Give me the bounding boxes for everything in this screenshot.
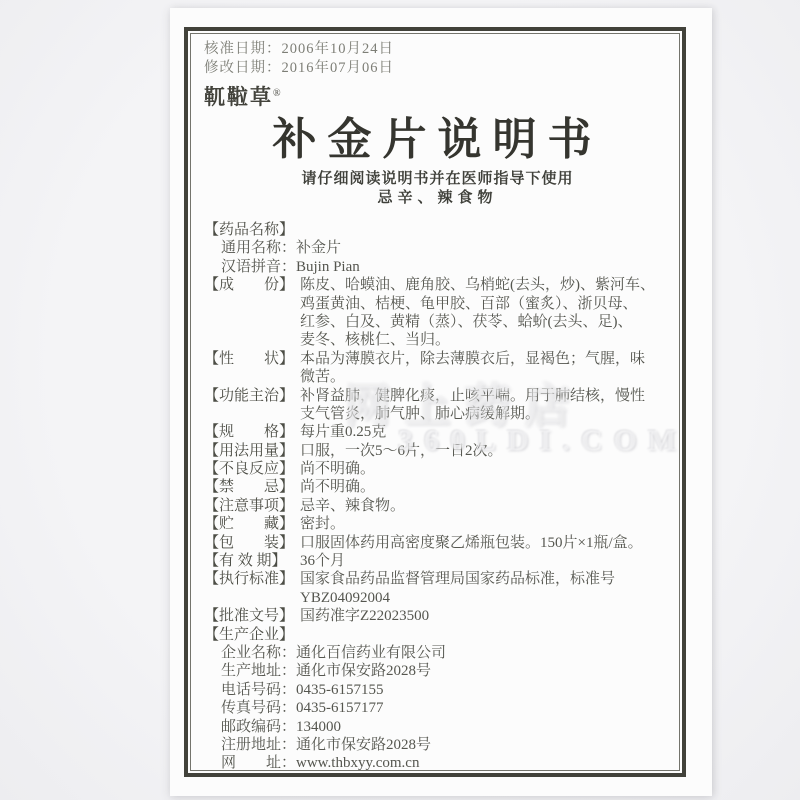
spec-label: 【规 格】: [204, 423, 300, 441]
spec-text: 密封。: [300, 516, 345, 532]
border-frame-inner-line: 核准日期：2006年10月24日 修改日期：2016年07月06日 靰鞡草® 补…: [190, 33, 680, 771]
brand-text: 靰鞡草: [204, 85, 273, 109]
date-block: 核准日期：2006年10月24日 修改日期：2016年07月06日: [204, 40, 671, 78]
spec-text: 企业名称：通化百信药业有限公司: [221, 645, 446, 661]
spec-label: 【贮 藏】: [204, 515, 300, 533]
spec-row-contraindications: 【禁 忌】尚不明确。: [204, 478, 671, 496]
spec-row-standard: 【执行标准】国家食品药品监督管理局国家药品标准，标准号: [204, 570, 671, 588]
spec-row-manufacturer: 【生产企业】: [204, 626, 671, 644]
spec-row-dosage: 【用法用量】口服，一次5～6片，一日2次。: [204, 442, 671, 460]
spec-text: 注册地址：通化市保安路2028号: [221, 737, 431, 753]
registered-trademark-mark: ®: [273, 88, 283, 99]
approval-date: 核准日期：2006年10月24日: [204, 40, 671, 59]
spec-row-phone: 电话号码：0435-6157155: [204, 681, 671, 699]
spec-label: 【执行标准】: [204, 570, 300, 588]
spec-row-ingredients: 【成 份】陈皮、哈蟆油、鹿角胶、乌梢蛇(去头，炒)、紫河车、: [204, 276, 671, 294]
spec-row-precautions: 【注意事项】忌辛、辣食物。: [204, 497, 671, 515]
spec-text: 微苦。: [300, 369, 345, 385]
spec-row-ingredients-cont: 鸡蛋黄油、桔梗、龟甲胶、百部（蜜炙）、浙贝母、: [204, 295, 671, 313]
spec-row-adverse-reactions: 【不良反应】尚不明确。: [204, 460, 671, 478]
spec-label: 【有 效 期】: [204, 552, 300, 570]
diet-warning: 忌辛、辣食物: [204, 189, 671, 207]
spec-text: 生产地址：通化市保安路2028号: [221, 663, 431, 679]
spec-text: 陈皮、哈蟆油、鹿角胶、乌梢蛇(去头，炒)、紫河车、: [300, 277, 655, 293]
spec-text: 国家食品药品监督管理局国家药品标准，标准号: [300, 571, 615, 587]
spec-text: 传真号码：0435-6157177: [221, 700, 384, 716]
spec-row-functions: 【功能主治】补肾益肺，健脾化痰，止咳平喘。用于肺结核，慢性: [204, 387, 671, 405]
spec-row-strength: 【规 格】每片重0.25克: [204, 423, 671, 441]
spec-row-approval-number: 【批准文号】国药准字Z22023500: [204, 607, 671, 625]
spec-text: 尚不明确。: [300, 461, 375, 477]
spec-label: 【生产企业】: [204, 626, 300, 644]
spec-text: 支气管炎，肺气肿、肺心病缓解期。: [300, 406, 540, 422]
spec-row-standard-cont: YBZ04092004: [204, 589, 671, 607]
spec-text: 通用名称：补金片: [221, 240, 341, 256]
border-frame: 核准日期：2006年10月24日 修改日期：2016年07月06日 靰鞡草® 补…: [184, 27, 686, 777]
spec-row-fax: 传真号码：0435-6157177: [204, 699, 671, 717]
spec-text: YBZ04092004: [300, 590, 390, 606]
revision-date: 修改日期：2016年07月06日: [204, 59, 671, 78]
spec-row-storage: 【贮 藏】密封。: [204, 515, 671, 533]
spec-text: 国药准字Z22023500: [300, 608, 429, 624]
spec-row-company-name: 企业名称：通化百信药业有限公司: [204, 644, 671, 662]
spec-row-description-cont: 微苦。: [204, 368, 671, 386]
spec-label: 【成 份】: [204, 276, 300, 294]
read-instruction-warning: 请仔细阅读说明书并在医师指导下使用: [204, 169, 671, 189]
brand-name: 靰鞡草®: [204, 81, 671, 110]
spec-text: 36个月: [300, 553, 345, 569]
spec-text: 尚不明确。: [300, 479, 375, 495]
spec-label: 【包 装】: [204, 534, 300, 552]
spec-label: 【批准文号】: [204, 607, 300, 625]
spec-label: 【性 状】: [204, 350, 300, 368]
spec-row-website: 网 址：www.thbxyy.com.cn: [204, 754, 671, 772]
spec-text: 补肾益肺，健脾化痰，止咳平喘。用于肺结核，慢性: [300, 388, 645, 404]
spec-label: 【用法用量】: [204, 442, 300, 460]
spec-row-ingredients-cont: 红参、白及、黄精（蒸）、茯苓、蛤蚧(去头、足)、: [204, 313, 671, 331]
document-title: 补金片说明书: [204, 115, 671, 165]
spec-label: 【药品名称】: [204, 221, 300, 239]
spec-row-generic-name: 通用名称：补金片: [204, 239, 671, 257]
spec-text: 网 址：www.thbxyy.com.cn: [221, 755, 419, 771]
spec-text: 每片重0.25克: [300, 424, 386, 440]
spec-text: 汉语拼音：Bujin Pian: [221, 259, 360, 275]
spec-row-production-address: 生产地址：通化市保安路2028号: [204, 662, 671, 680]
spec-row-ingredients-cont: 麦冬、核桃仁、当归。: [204, 331, 671, 349]
spec-text: 忌辛、辣食物。: [300, 498, 405, 514]
spec-row-description: 【性 状】本品为薄膜衣片，除去薄膜衣后，显褐色；气腥，味: [204, 350, 671, 368]
spec-label: 【禁 忌】: [204, 478, 300, 496]
spec-row-pinyin: 汉语拼音：Bujin Pian: [204, 258, 671, 276]
spec-text: 口服，一次5～6片，一日2次。: [300, 443, 503, 459]
spec-label: 【注意事项】: [204, 497, 300, 515]
spec-text: 红参、白及、黄精（蒸）、茯苓、蛤蚧(去头、足)、: [300, 314, 633, 330]
spec-row-packaging: 【包 装】口服固体药用高密度聚乙烯瓶包装。150片×1瓶/盒。: [204, 534, 671, 552]
spec-row-registered-address: 注册地址：通化市保安路2028号: [204, 736, 671, 754]
spec-text: 麦冬、核桃仁、当归。: [300, 332, 450, 348]
spec-text: 口服固体药用高密度聚乙烯瓶包装。150片×1瓶/盒。: [300, 535, 643, 551]
spec-row-functions-cont: 支气管炎，肺气肿、肺心病缓解期。: [204, 405, 671, 423]
spec-row-drug-name: 【药品名称】: [204, 221, 671, 239]
spec-list: 【药品名称】 通用名称：补金片 汉语拼音：Bujin Pian 【成 份】陈皮、…: [204, 221, 671, 773]
leaflet-content: 核准日期：2006年10月24日 修改日期：2016年07月06日 靰鞡草® 补…: [191, 34, 679, 770]
photo-background: 核准日期：2006年10月24日 修改日期：2016年07月06日 靰鞡草® 补…: [0, 0, 800, 800]
spec-label: 【不良反应】: [204, 460, 300, 478]
spec-text: 邮政编码：134000: [221, 719, 341, 735]
spec-label: 【功能主治】: [204, 387, 300, 405]
spec-row-shelf-life: 【有 效 期】36个月: [204, 552, 671, 570]
spec-text: 本品为薄膜衣片，除去薄膜衣后，显褐色；气腥，味: [300, 351, 645, 367]
spec-text: 鸡蛋黄油、桔梗、龟甲胶、百部（蜜炙）、浙贝母、: [300, 296, 638, 312]
spec-row-postcode: 邮政编码：134000: [204, 718, 671, 736]
leaflet-paper: 核准日期：2006年10月24日 修改日期：2016年07月06日 靰鞡草® 补…: [170, 8, 712, 796]
spec-text: 电话号码：0435-6157155: [221, 682, 384, 698]
